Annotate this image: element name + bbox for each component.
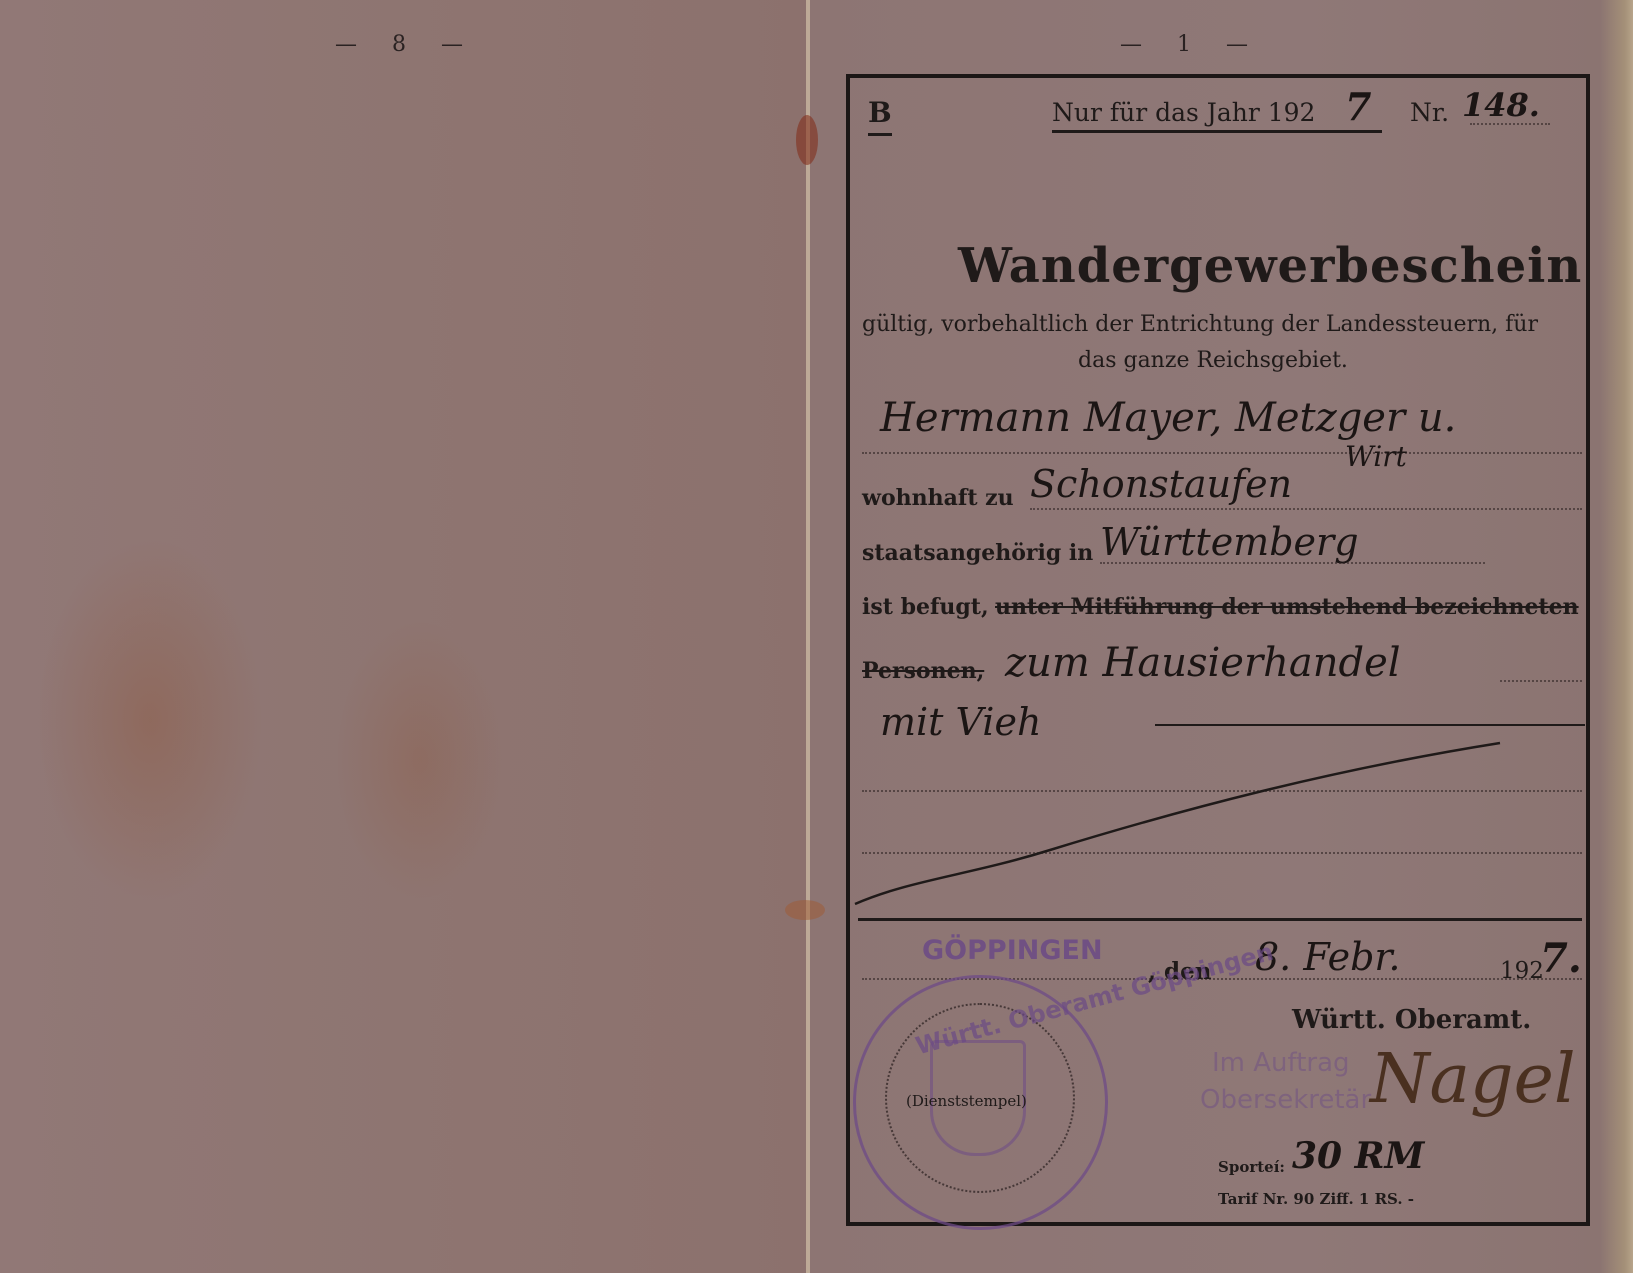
book-spine [806,0,810,1273]
header-underline [1052,130,1382,133]
page-number-right: — 1 — [1120,32,1262,57]
citizenship-label: staatsangehörig in [862,540,1093,566]
dotted-line [1100,562,1485,564]
number-label: Nr. [1410,98,1449,127]
purpose-handwritten-2: mit Vieh [880,700,1041,744]
signature-stamp-line2: Obersekretär [1200,1085,1371,1115]
fee-handwritten: 30 RM [1292,1135,1424,1177]
cancel-diagonal-stroke [850,740,1510,920]
validity-text-line1: gültig, vorbehaltlich der Entrichtung de… [862,312,1538,337]
certificate-number: 148. [1462,86,1540,124]
dotted-line [1470,123,1550,125]
citizenship-handwritten: Württemberg [1100,520,1359,564]
validity-text-line2: das ganze Reichsgebiet. [1078,348,1348,373]
issuing-authority: Württ. Oberamt. [1292,1005,1531,1035]
place-stamp: GÖPPINGEN [922,935,1103,966]
issue-year-handwritten: 7. [1540,935,1582,982]
form-letter: B [868,96,892,136]
authorization-label: ist befugt, [862,594,989,620]
occupation-handwritten: Wirt [1345,440,1407,473]
fee-label: Sporteí: [1218,1158,1285,1176]
section-divider [858,918,1582,921]
struck-text-1: unter Mitführung der umstehend bezeichne… [995,594,1579,620]
date-handwritten: 8. Febr. [1255,935,1401,979]
struck-text-2: Personen, [862,658,984,684]
tariff-reference: Tarif Nr. 90 Ziff. 1 RS. - [1218,1190,1414,1208]
rust-stain [796,115,818,165]
purpose-handwritten-1: zum Hausierhandel [1005,640,1401,686]
left-page: — 8 — [0,0,808,1273]
dotted-line [1030,508,1582,510]
dotted-line [1500,680,1582,682]
year-label: Nur für das Jahr 192 [1052,98,1315,127]
holder-name-handwritten: Hermann Mayer, Metzger u. [880,395,1456,441]
issue-year-printed: 192 [1500,958,1544,984]
seal-label: (Dienststempel) [906,1092,1027,1110]
page-number-left: — 8 — [335,32,477,57]
year-handwritten: 7 [1345,84,1371,129]
dotted-line [862,452,1582,454]
residence-label: wohnhaft zu [862,485,1014,511]
cancel-line [1155,724,1585,726]
rust-stain [785,900,825,920]
document-title: Wandergewerbeschein [958,238,1582,294]
signature-stamp-line1: Im Auftrag [1212,1048,1350,1078]
residence-handwritten: Schonstaufen [1030,462,1292,506]
official-signature: Nagel [1370,1040,1576,1119]
